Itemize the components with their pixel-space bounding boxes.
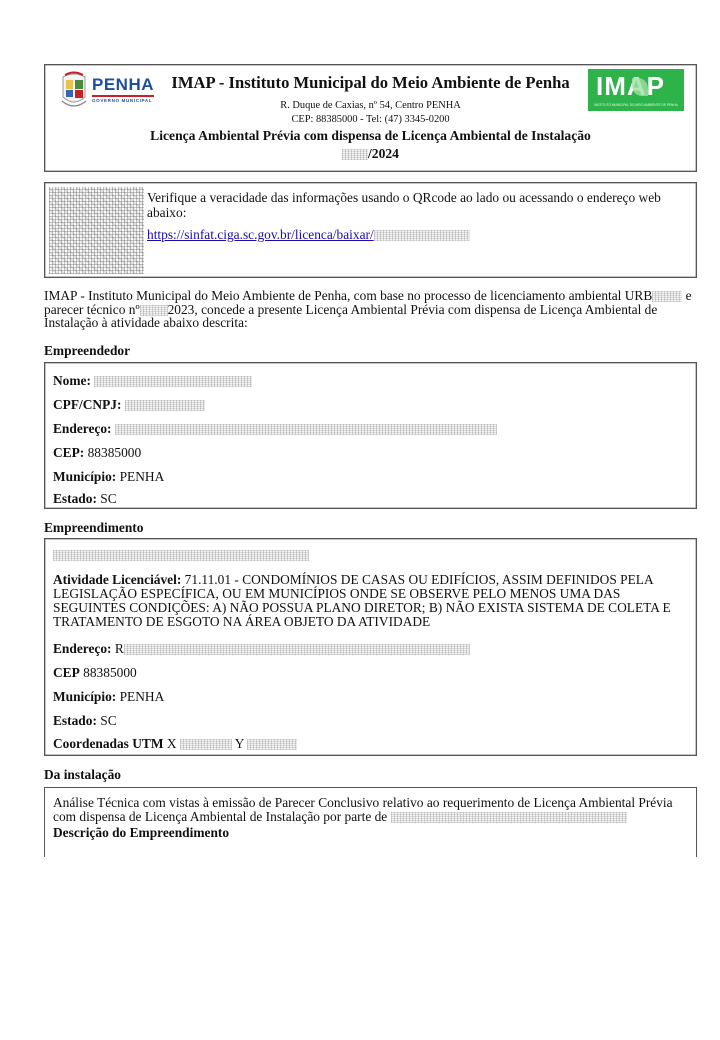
label-atividade: Atividade Licenciável: bbox=[53, 572, 181, 587]
document-header: PENHA GOVERNO MUNICIPAL IMAP - Instituto… bbox=[44, 64, 697, 172]
redacted-license-id bbox=[342, 149, 368, 160]
redacted-cpf-cnpj bbox=[125, 400, 205, 411]
license-number: /2024 bbox=[45, 145, 696, 163]
license-year: /2024 bbox=[368, 146, 399, 161]
value-cep-empreendimento: 88385000 bbox=[83, 665, 137, 680]
field-coordenadas: Coordenadas UTM X Y bbox=[53, 736, 297, 752]
value-municipio: PENHA bbox=[120, 469, 165, 484]
label-cep: CEP: bbox=[53, 445, 84, 460]
section-heading-empreendimento: Empreendimento bbox=[44, 520, 143, 536]
verification-text: Verifique a veracidade das informações u… bbox=[147, 190, 682, 220]
empreendedor-box: Nome: CPF/CNPJ: Endereço: CEP: 88385000 … bbox=[44, 362, 697, 509]
label-endereco: Endereço: bbox=[53, 421, 112, 436]
label-coord-x: X bbox=[167, 736, 177, 751]
value-estado: SC bbox=[100, 491, 116, 506]
intro-paragraph: IMAP - Instituto Municipal do Meio Ambie… bbox=[44, 289, 704, 330]
section-heading-instalacao: Da instalação bbox=[44, 767, 121, 783]
field-empreendimento-name bbox=[53, 547, 309, 563]
redacted-coord-y bbox=[247, 739, 297, 750]
label-endereco-empreendimento: Endereço: bbox=[53, 641, 112, 656]
label-coordenadas: Coordenadas UTM bbox=[53, 736, 163, 751]
value-endereco-prefix: R bbox=[115, 641, 124, 656]
license-title: Licença Ambiental Prévia com dispensa de… bbox=[45, 127, 696, 145]
field-estado: Estado: SC bbox=[53, 491, 117, 507]
empreendimento-box: Atividade Licenciável: 71.11.01 - CONDOM… bbox=[44, 538, 697, 756]
redacted-requerente bbox=[391, 812, 627, 823]
penha-underline bbox=[92, 95, 154, 97]
verification-link-row: https://sinfat.ciga.sc.gov.br/licenca/ba… bbox=[147, 227, 470, 243]
field-cep: CEP: 88385000 bbox=[53, 445, 141, 461]
value-estado-empreendimento: SC bbox=[100, 713, 116, 728]
label-municipio-empreendimento: Município: bbox=[53, 689, 116, 704]
redacted-link-id bbox=[374, 230, 470, 241]
instalacao-box: Análise Técnica com vistas à emissão de … bbox=[44, 787, 697, 857]
redacted-coord-x bbox=[180, 739, 232, 750]
label-coord-y: Y bbox=[235, 736, 244, 751]
license-title-block: Licença Ambiental Prévia com dispensa de… bbox=[45, 127, 696, 163]
field-nome: Nome: bbox=[53, 373, 252, 389]
imap-logo: IMAP INSTITUTO MUNICIPAL DO MEIO AMBIENT… bbox=[588, 69, 684, 111]
value-municipio-empreendimento: PENHA bbox=[120, 689, 165, 704]
label-nome: Nome: bbox=[53, 373, 91, 388]
section-heading-empreendedor: Empreendedor bbox=[44, 343, 130, 359]
address-line-2: CEP: 88385000 - Tel: (47) 3345-0200 bbox=[45, 113, 696, 127]
field-cpf-cnpj: CPF/CNPJ: bbox=[53, 397, 205, 413]
imap-tagline: INSTITUTO MUNICIPAL DO MEIO AMBIENTE DE … bbox=[592, 103, 680, 107]
field-estado-empreendimento: Estado: SC bbox=[53, 713, 117, 729]
field-endereco-empreendimento: Endereço: R bbox=[53, 641, 470, 657]
redacted-endereco-empreendimento bbox=[124, 644, 470, 655]
descricao-heading: Descrição do Empreendimento bbox=[53, 825, 229, 840]
label-estado-empreendimento: Estado: bbox=[53, 713, 97, 728]
instalacao-text: Análise Técnica com vistas à emissão de … bbox=[53, 796, 686, 824]
label-cpf-cnpj: CPF/CNPJ: bbox=[53, 397, 121, 412]
leaf-icon bbox=[632, 78, 648, 96]
value-cep: 88385000 bbox=[88, 445, 142, 460]
field-municipio: Município: PENHA bbox=[53, 469, 164, 485]
field-atividade: Atividade Licenciável: 71.11.01 - CONDOM… bbox=[53, 573, 686, 629]
label-cep-empreendimento: CEP bbox=[53, 665, 80, 680]
imap-wordmark: IMAP bbox=[596, 72, 665, 100]
qrcode-image[interactable] bbox=[49, 187, 144, 274]
redacted-endereco bbox=[115, 424, 497, 435]
redacted-empreendimento-name bbox=[53, 550, 309, 561]
redacted-nome bbox=[94, 376, 252, 387]
field-cep-empreendimento: CEP 88385000 bbox=[53, 665, 137, 681]
field-endereco: Endereço: bbox=[53, 421, 497, 437]
verification-link[interactable]: https://sinfat.ciga.sc.gov.br/licenca/ba… bbox=[147, 227, 374, 242]
verification-box: Verifique a veracidade das informações u… bbox=[44, 182, 697, 278]
label-estado: Estado: bbox=[53, 491, 97, 506]
label-municipio: Município: bbox=[53, 469, 116, 484]
field-municipio-empreendimento: Município: PENHA bbox=[53, 689, 164, 705]
descricao-heading-row: Descrição do Empreendimento bbox=[53, 825, 229, 841]
